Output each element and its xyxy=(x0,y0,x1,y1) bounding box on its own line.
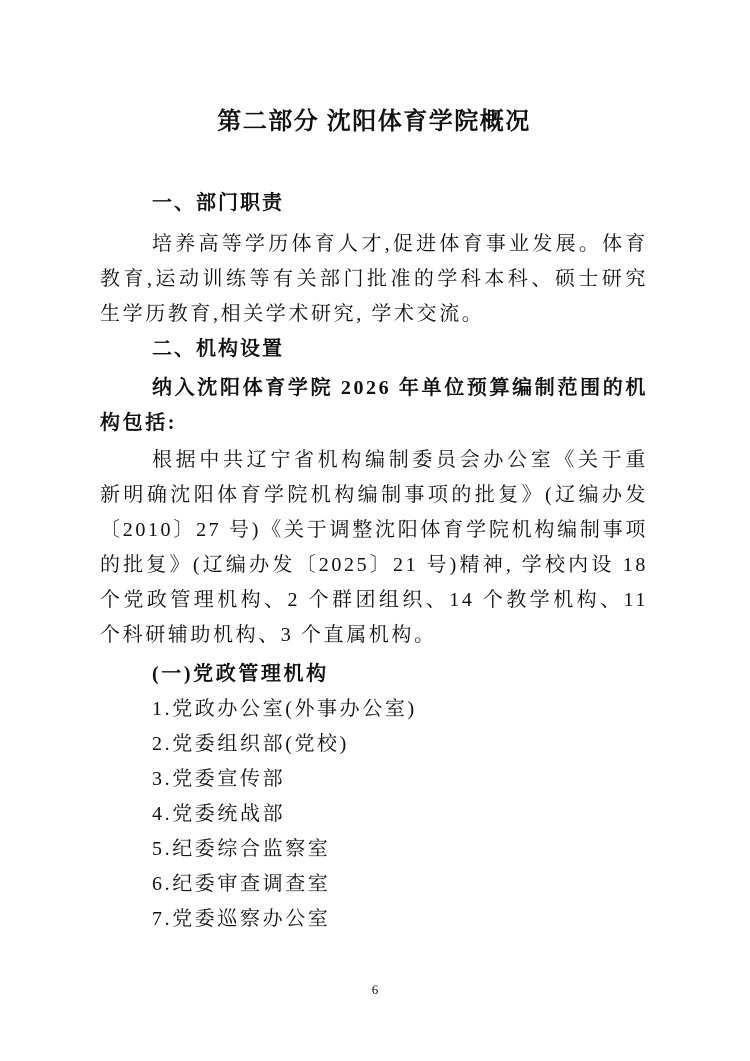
org-list-item-2: 2.党委组织部(党校) xyxy=(100,727,648,762)
org-list-item-3: 3.党委宣传部 xyxy=(100,762,648,797)
org-list-item-5: 5.纪委综合监察室 xyxy=(100,832,648,867)
org-list: 1.党政办公室(外事办公室) 2.党委组织部(党校) 3.党委宣传部 4.党委统… xyxy=(100,692,648,937)
budget-scope-lead: 纳入沈阳体育学院 2026 年单位预算编制范围的机构包括: xyxy=(100,371,648,441)
org-list-item-4: 4.党委统战部 xyxy=(100,797,648,832)
org-list-item-6: 6.纪委审查调查室 xyxy=(100,867,648,902)
duties-paragraph: 培养高等学历体育人才,促进体育事业发展。体育教育,运动训练等有关部门批准的学科本… xyxy=(100,227,648,332)
section-heading-organization: 二、机构设置 xyxy=(100,332,648,367)
org-list-item-7: 7.党委巡察办公室 xyxy=(100,902,648,937)
org-list-item-1: 1.党政办公室(外事办公室) xyxy=(100,692,648,727)
page-title: 第二部分 沈阳体育学院概况 xyxy=(100,105,648,140)
document-page: 第二部分 沈阳体育学院概况 一、部门职责 培养高等学历体育人才,促进体育事业发展… xyxy=(0,0,750,1061)
section-heading-duties: 一、部门职责 xyxy=(100,186,648,221)
document-content: 第二部分 沈阳体育学院概况 一、部门职责 培养高等学历体育人才,促进体育事业发展… xyxy=(0,0,750,937)
subsection-heading-party-admin: (一)党政管理机构 xyxy=(100,657,648,692)
approval-basis-paragraph: 根据中共辽宁省机构编制委员会办公室《关于重新明确沈阳体育学院机构编制事项的批复》… xyxy=(100,443,648,653)
page-number: 6 xyxy=(0,980,750,1000)
